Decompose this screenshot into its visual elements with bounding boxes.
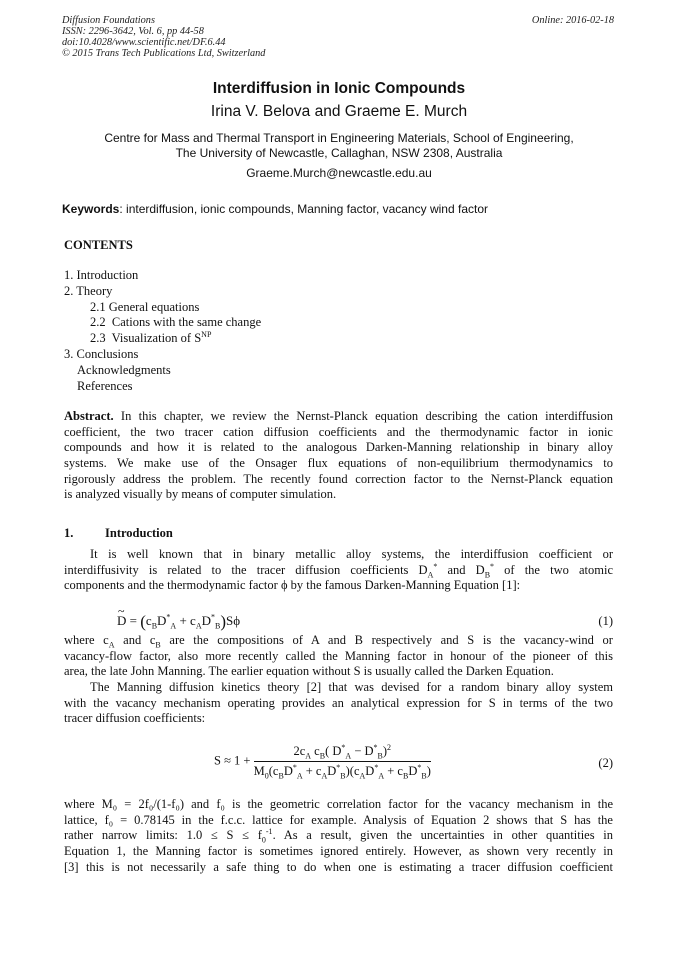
keywords-list: : interdiffusion, ionic compounds, Manni… <box>119 202 488 216</box>
authors: Irina V. Belova and Graeme E. Murch <box>0 103 678 121</box>
intro-paragraph-1: It is well known that in binary metallic… <box>64 547 613 594</box>
intro-paragraph-2: where cA and cB are the compositions of … <box>64 633 613 680</box>
toc-item[interactable]: 2.2 Cations with the same change <box>64 315 261 331</box>
toc-item[interactable]: References <box>64 379 261 395</box>
affiliation-line-2: The University of Newcastle, Callaghan, … <box>0 146 678 161</box>
journal-name: Diffusion Foundations <box>62 15 265 26</box>
author-email[interactable]: Graeme.Murch@newcastle.edu.au <box>0 166 678 180</box>
affiliation: Centre for Mass and Thermal Transport in… <box>0 131 678 161</box>
toc-item[interactable]: Acknowledgments <box>64 363 261 379</box>
affiliation-line-1: Centre for Mass and Thermal Transport in… <box>0 131 678 146</box>
toc-item[interactable]: 1. Introduction <box>64 268 261 284</box>
abstract-label: Abstract. <box>64 409 114 423</box>
keywords-label: Keywords <box>62 202 119 216</box>
intro-paragraph-4: where M₀ = 2f₀/(1-f₀) and f₀ is the geom… <box>64 797 613 875</box>
keywords: Keywords: interdiffusion, ionic compound… <box>62 202 488 216</box>
online-date: Online: 2016-02-18 <box>532 15 614 26</box>
equation-number-2: (2) <box>598 756 613 771</box>
toc-item[interactable]: 2. Theory <box>64 284 261 300</box>
equation-number-1: (1) <box>598 614 613 629</box>
intro-paragraph-3: The Manning diffusion kinetics theory [2… <box>64 680 613 727</box>
doi: doi:10.4028/www.scientific.net/DF.6.44 <box>62 37 265 48</box>
equation-1: D = (cBD*A + cAD*B)Sϕ <box>117 612 240 632</box>
copyright: © 2015 Trans Tech Publications Ltd, Swit… <box>62 48 265 59</box>
issn: ISSN: 2296-3642, Vol. 6, pp 44-58 <box>62 26 265 37</box>
section-heading: 1.Introduction <box>64 526 173 541</box>
paper-title: Interdiffusion in Ionic Compounds <box>0 80 678 98</box>
contents-heading: CONTENTS <box>64 238 133 253</box>
equation-2: S ≈ 1 + 2cA cB( D*A − D*B)2 M0(cBD*A + c… <box>214 744 431 779</box>
equation-2-fraction: 2cA cB( D*A − D*B)2 M0(cBD*A + cAD*B)(cA… <box>254 744 431 779</box>
journal-header: Diffusion Foundations ISSN: 2296-3642, V… <box>62 15 265 59</box>
abstract: Abstract. In this chapter, we review the… <box>64 409 613 503</box>
toc-item[interactable]: 2.1 General equations <box>64 300 261 316</box>
toc-item[interactable]: 3. Conclusions <box>64 347 261 363</box>
toc-item[interactable]: 2.3 Visualization of SNP <box>64 331 261 347</box>
table-of-contents: 1. Introduction 2. Theory 2.1 General eq… <box>64 268 261 394</box>
